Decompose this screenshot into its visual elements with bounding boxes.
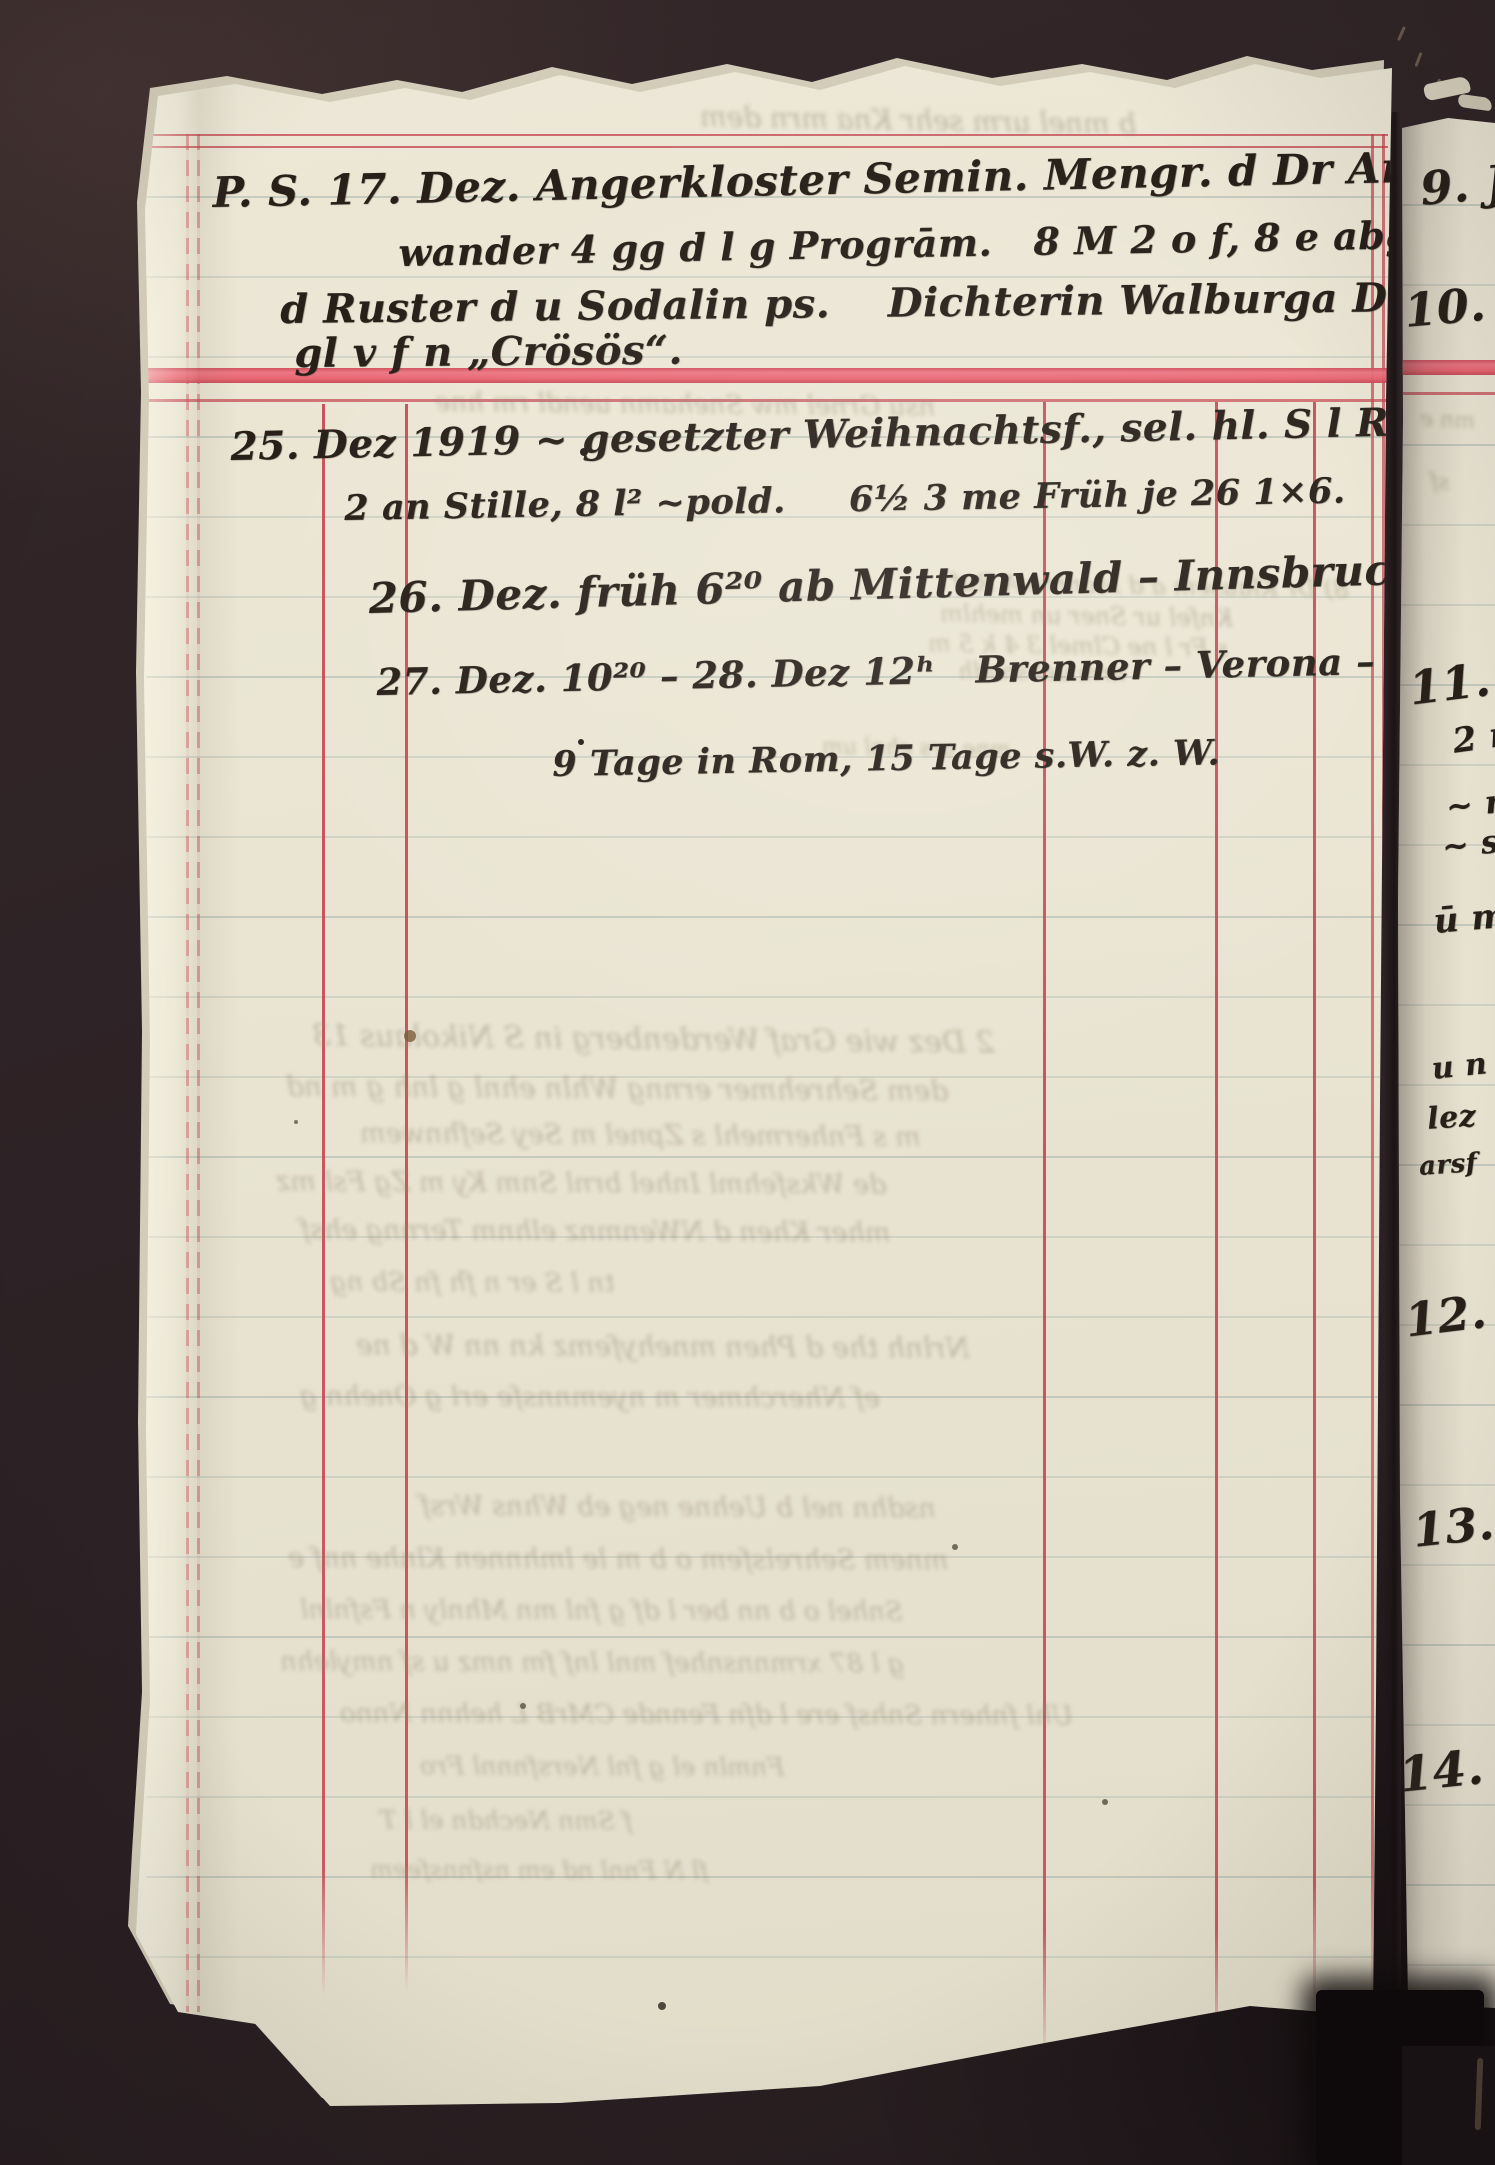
left-page-shading: [0, 0, 1495, 2165]
torn-paper-corner: [1457, 94, 1492, 112]
binding-stitch-mark: [1415, 52, 1423, 67]
notebook-scan: b mnel urm sehr Kna mrn demnsu Grnel mw …: [0, 0, 1495, 2165]
binding-stitch-mark: [1397, 26, 1406, 41]
page-gutter-shadow: [1384, 112, 1401, 2012]
